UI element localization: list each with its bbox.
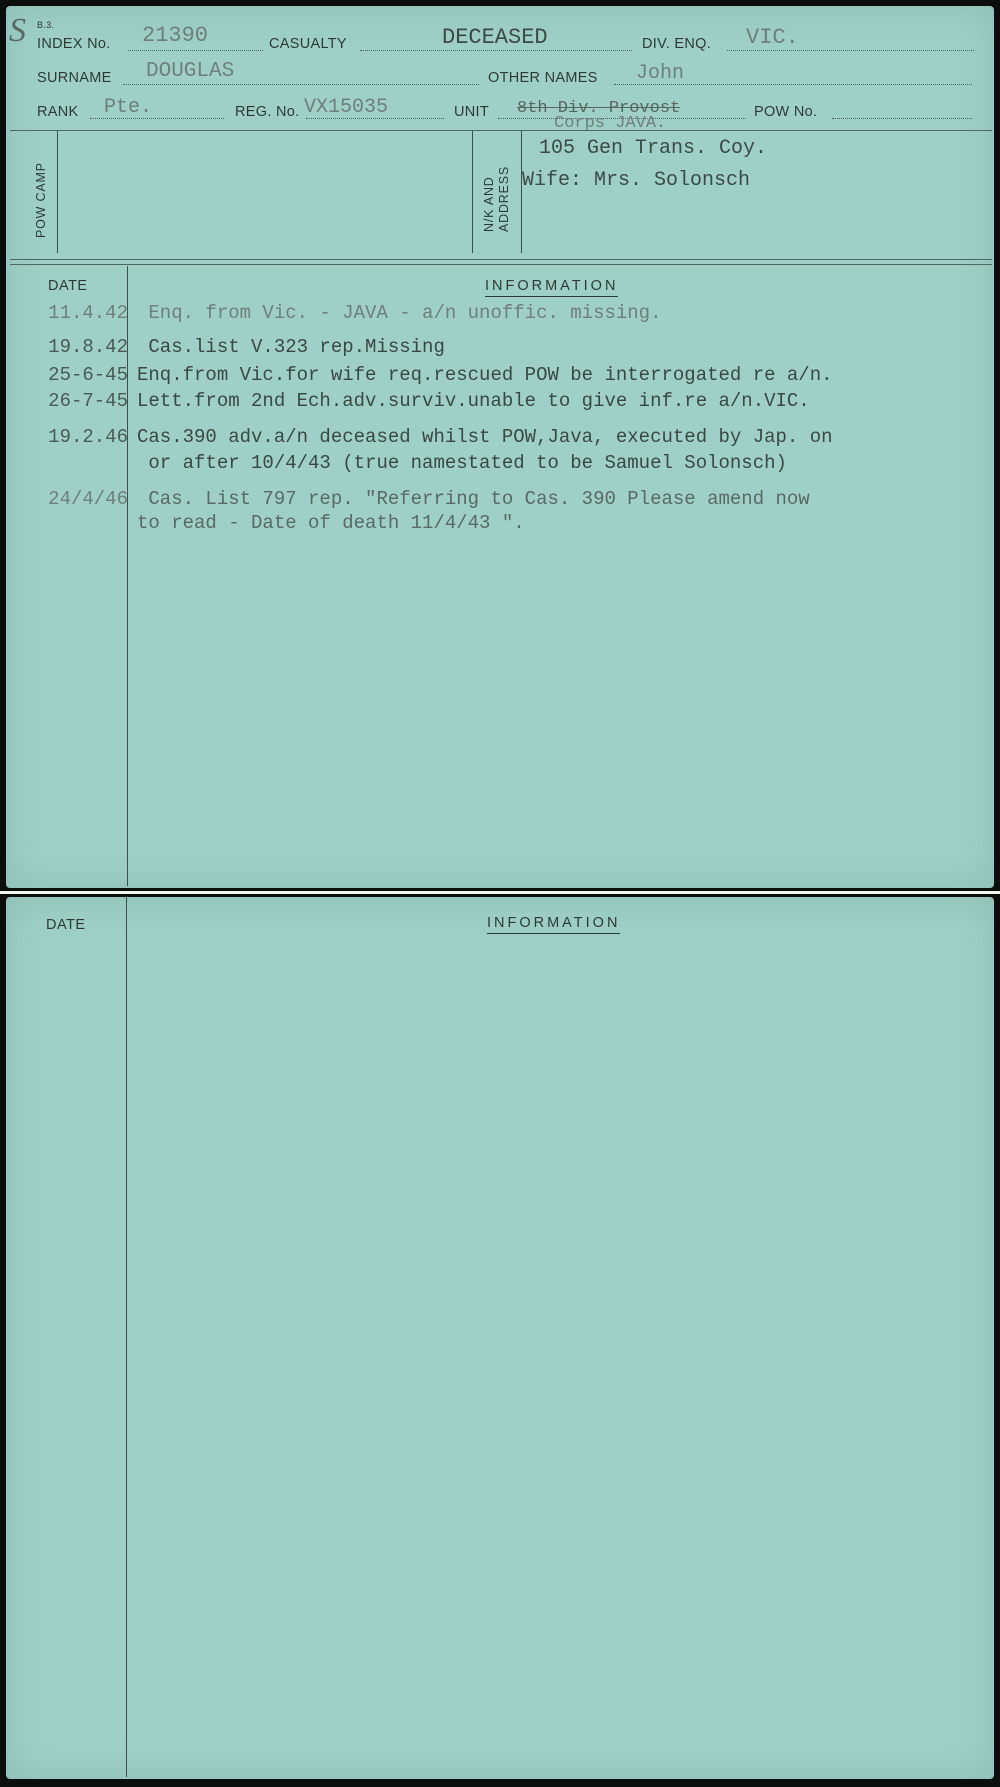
- log-date-4: 26-7-45: [6, 390, 128, 412]
- pow-camp-label: POW CAMP: [34, 162, 48, 238]
- reg-no-value: VX15035: [304, 96, 388, 119]
- log-date-6: 24/4/46: [6, 488, 128, 510]
- log-text-3: Enq.from Vic.for wife req.rescued POW be…: [137, 364, 833, 386]
- div-enq-label: DIV. ENQ.: [642, 36, 711, 52]
- casualty-label: CASUALTY: [269, 36, 347, 52]
- date-header-back: DATE: [46, 917, 86, 933]
- nk-left-divider: [472, 131, 473, 253]
- index-no-value: 21390: [142, 23, 208, 48]
- nk-label-line2: ADDRESS: [497, 166, 511, 232]
- log-text-2: Cas.list V.323 rep.Missing: [137, 336, 445, 358]
- information-header-back: INFORMATION: [487, 915, 620, 934]
- casualty-line: [360, 50, 632, 51]
- nk-address-line-1: 105 Gen Trans. Coy.: [539, 137, 767, 160]
- divider-double-2: [10, 264, 992, 265]
- log-text-1: Enq. from Vic. - JAVA - a/n unoffic. mis…: [137, 302, 662, 324]
- surname-line: [123, 84, 479, 85]
- divider-double-1: [10, 259, 992, 260]
- surname-label: SURNAME: [37, 70, 112, 86]
- other-names-label: OTHER NAMES: [488, 70, 598, 86]
- log-date-1: 11.4.42: [6, 302, 128, 324]
- log-text-6b: to read - Date of death 11/4/43 ".: [137, 512, 525, 534]
- rank-value: Pte.: [104, 96, 152, 119]
- information-header: INFORMATION: [485, 278, 618, 297]
- log-text-6a: Cas. List 797 rep. "Referring to Cas. 39…: [137, 488, 810, 510]
- index-no-line: [128, 50, 263, 51]
- other-names-value: John: [636, 62, 684, 85]
- nk-label-line1: N/K AND: [482, 176, 496, 232]
- log-date-5: 19.2.46: [6, 426, 128, 448]
- unit-label: UNIT: [454, 104, 489, 120]
- casualty-card-back: DATE INFORMATION: [6, 897, 994, 1779]
- pow-no-label: POW No.: [754, 104, 817, 120]
- div-enq-value: VIC.: [746, 25, 799, 50]
- index-no-label: INDEX No.: [37, 36, 111, 52]
- date-column-divider-back: [126, 897, 127, 1777]
- log-text-5b: or after 10/4/43 (true namestated to be …: [137, 452, 787, 474]
- date-column-divider: [127, 266, 128, 886]
- log-date-2: 19.8.42: [6, 336, 128, 358]
- date-header: DATE: [48, 278, 88, 294]
- form-code: B.3.: [37, 20, 54, 30]
- handwritten-mark: S: [9, 12, 26, 50]
- log-date-3: 25-6-45: [6, 364, 128, 386]
- casualty-card-front: S B.3. INDEX No. 21390 CASUALTY DECEASED…: [6, 6, 994, 888]
- divider-top-box: [10, 130, 992, 131]
- reg-no-label: REG. No.: [235, 104, 299, 120]
- surname-value: DOUGLAS: [146, 60, 234, 83]
- nk-address-line-2: Wife: Mrs. Solonsch: [522, 169, 750, 192]
- pow-no-line: [832, 118, 972, 119]
- rank-label: RANK: [37, 104, 79, 120]
- log-text-4: Lett.from 2nd Ech.adv.surviv.unable to g…: [137, 390, 810, 412]
- casualty-value: DECEASED: [442, 25, 548, 50]
- card-separator: [0, 891, 1000, 894]
- nk-right-divider: [521, 131, 522, 253]
- pow-camp-divider: [57, 131, 58, 253]
- log-text-5a: Cas.390 adv.a/n deceased whilst POW,Java…: [137, 426, 833, 448]
- div-enq-line: [727, 50, 974, 51]
